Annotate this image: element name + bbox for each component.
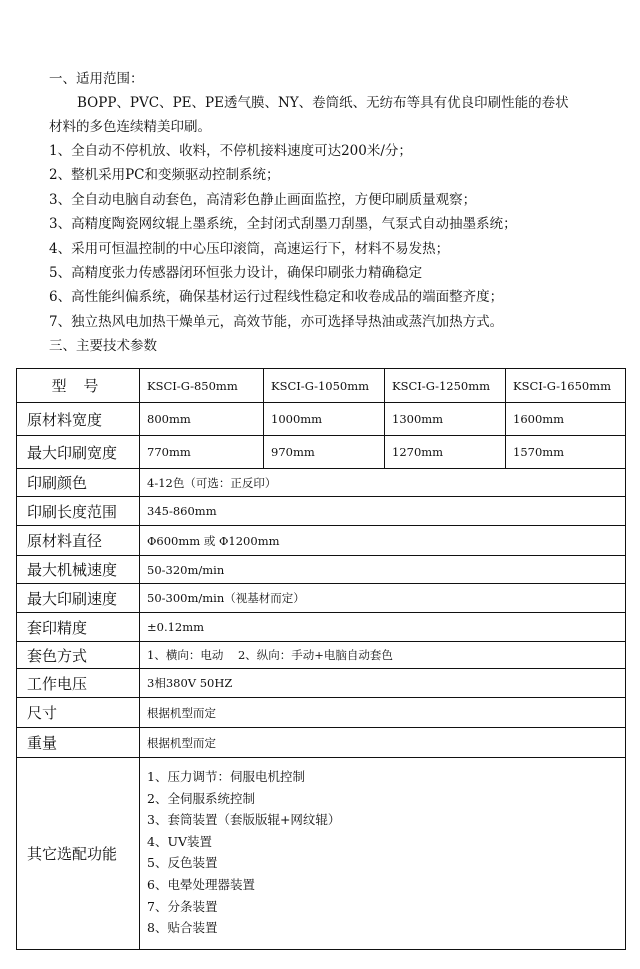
row-label: 最大印刷宽度 xyxy=(17,436,140,469)
table-row: 尺寸 根据机型而定 xyxy=(17,698,626,728)
feature-item: 6、高性能纠偏系统，确保基材运行过程线性稳定和收卷成品的端面整齐度； xyxy=(49,288,503,306)
list-item: 5、反色装置 xyxy=(147,852,625,874)
list-item: 3、套筒装置（套版版辊+网纹辊） xyxy=(147,809,625,831)
feature-item: 1、全自动不停机放、收料，不停机接料速度可达200米/分； xyxy=(49,142,412,160)
feature-item: 7、独立热风电加热干燥单元，高效节能，亦可选择导热油或蒸汽加热方式。 xyxy=(49,313,503,331)
cell-value: 根据机型而定 xyxy=(140,698,626,728)
row-label: 原材料直径 xyxy=(17,526,140,556)
options-list: 1、压力调节：伺服电机控制 2、全伺服系统控制 3、套筒装置（套版版辊+网纹辊）… xyxy=(147,758,625,949)
row-label: 印刷长度范围 xyxy=(17,497,140,526)
feature-item: 3、全自动电脑自动套色，高清彩色静止画面监控，方便印刷质量观察； xyxy=(49,191,476,209)
row-label: 重量 xyxy=(17,728,140,758)
model-name: KSCI-G-1250mm xyxy=(385,369,506,403)
model-name: KSCI-G-850mm xyxy=(140,369,264,403)
table-row: 印刷长度范围 345-860mm xyxy=(17,497,626,526)
table-row: 最大机械速度 50-320m/min xyxy=(17,556,626,584)
model-name: KSCI-G-1650mm xyxy=(506,369,626,403)
feature-item: 4、采用可恒温控制的中心压印滚筒，高速运行下，材料不易发热； xyxy=(49,240,449,258)
cell-value: Φ600mm 或 Φ1200mm xyxy=(140,526,626,556)
list-item: 6、电晕处理器装置 xyxy=(147,874,625,896)
cell-value: 1300mm xyxy=(385,403,506,436)
cell-value: 1000mm xyxy=(264,403,385,436)
table-row-options: 其它选配功能 1、压力调节：伺服电机控制 2、全伺服系统控制 3、套筒装置（套版… xyxy=(17,758,626,950)
table-row: 重量 根据机型而定 xyxy=(17,728,626,758)
row-label: 尺寸 xyxy=(17,698,140,728)
cell-value: 50-320m/min xyxy=(140,556,626,584)
list-item: 7、分条装置 xyxy=(147,896,625,918)
cell-value: 3相380V 50HZ xyxy=(140,669,626,698)
cell-value: 1270mm xyxy=(385,436,506,469)
list-item: 4、UV装置 xyxy=(147,831,625,853)
table-row: 原材料宽度 800mm 1000mm 1300mm 1600mm xyxy=(17,403,626,436)
row-label: 印刷颜色 xyxy=(17,469,140,497)
list-item: 2、全伺服系统控制 xyxy=(147,788,625,810)
cell-value: 345-860mm xyxy=(140,497,626,526)
list-item: 1、压力调节：伺服电机控制 xyxy=(147,766,625,788)
table-header-row: 型 号 KSCI-G-850mm KSCI-G-1050mm KSCI-G-12… xyxy=(17,369,626,403)
table-row: 最大印刷速度 50-300m/min（视基材而定） xyxy=(17,584,626,613)
cell-value: 50-300m/min（视基材而定） xyxy=(140,584,626,613)
feature-item: 3、高精度陶瓷网纹辊上墨系统，全封闭式刮墨刀刮墨，气泵式自动抽墨系统； xyxy=(49,215,517,233)
section3-heading: 三、主要技术参数 xyxy=(49,337,157,355)
table-row: 原材料直径 Φ600mm 或 Φ1200mm xyxy=(17,526,626,556)
row-label: 其它选配功能 xyxy=(17,758,140,950)
scope-intro-line2: 材料的多色连续精美印刷。 xyxy=(49,118,211,136)
section1-heading: 一、适用范围： xyxy=(49,70,144,88)
cell-value: 1、横向：电动 2、纵向：手动+电脑自动套色 xyxy=(140,642,626,669)
cell-value: 根据机型而定 xyxy=(140,728,626,758)
cell-value: ±0.12mm xyxy=(140,613,626,642)
options-cell: 1、压力调节：伺服电机控制 2、全伺服系统控制 3、套筒装置（套版版辊+网纹辊）… xyxy=(140,758,626,950)
feature-item: 5、高精度张力传感器闭环恒张力设计，确保印刷张力精确稳定 xyxy=(49,264,422,282)
table-row: 套印精度 ±0.12mm xyxy=(17,613,626,642)
scope-intro-line1: BOPP、PVC、PE、PE透气膜、NY、卷筒纸、无纺布等具有优良印刷性能的卷状 xyxy=(77,94,569,112)
table-row: 工作电压 3相380V 50HZ xyxy=(17,669,626,698)
feature-item: 2、整机采用PC和变频驱动控制系统； xyxy=(49,166,280,184)
cell-value: 4-12色（可选：正反印） xyxy=(140,469,626,497)
row-label: 最大机械速度 xyxy=(17,556,140,584)
model-name: KSCI-G-1050mm xyxy=(264,369,385,403)
row-label: 最大印刷速度 xyxy=(17,584,140,613)
cell-value: 1600mm xyxy=(506,403,626,436)
cell-value: 1570mm xyxy=(506,436,626,469)
cell-value: 770mm xyxy=(140,436,264,469)
spec-table: 型 号 KSCI-G-850mm KSCI-G-1050mm KSCI-G-12… xyxy=(16,368,626,950)
model-header-label: 型 号 xyxy=(17,369,140,403)
table-row: 印刷颜色 4-12色（可选：正反印） xyxy=(17,469,626,497)
table-row: 最大印刷宽度 770mm 970mm 1270mm 1570mm xyxy=(17,436,626,469)
cell-value: 800mm xyxy=(140,403,264,436)
row-label: 工作电压 xyxy=(17,669,140,698)
table-row: 套色方式 1、横向：电动 2、纵向：手动+电脑自动套色 xyxy=(17,642,626,669)
cell-value: 970mm xyxy=(264,436,385,469)
row-label: 原材料宽度 xyxy=(17,403,140,436)
list-item: 8、贴合装置 xyxy=(147,917,625,939)
row-label: 套印精度 xyxy=(17,613,140,642)
row-label: 套色方式 xyxy=(17,642,140,669)
